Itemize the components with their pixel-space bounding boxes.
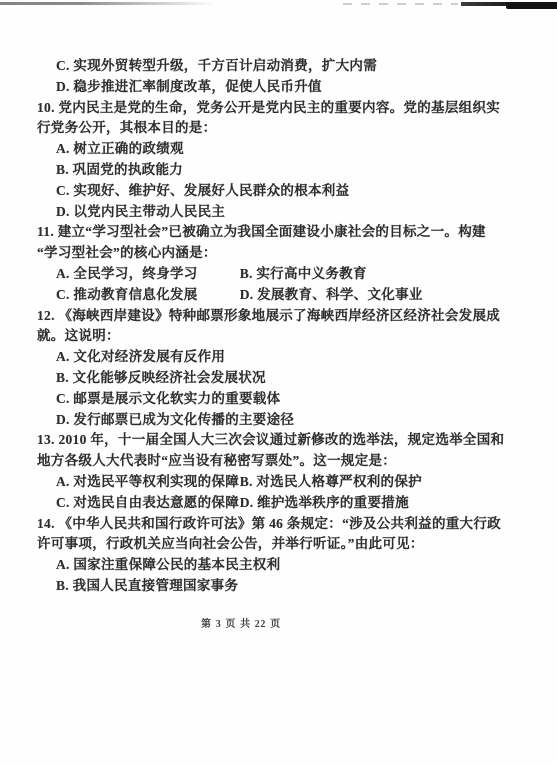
- q12-stem-line1: 12. 《海峡西岸建设》特种邮票形象地展示了海峡西岸经济区经济社会发展成: [37, 306, 519, 327]
- q13-stem-line1: 13. 2010 年，十一届全国人大三次会议通过新修改的选举法，规定选举全国和: [37, 430, 519, 451]
- q12-option-a: A. 文化对经济发展有反作用: [37, 347, 519, 368]
- scan-artifact-top-middle: [343, 3, 458, 5]
- q11-option-b: B. 实行高中义务教育: [240, 266, 367, 281]
- scan-artifact-top-right-blob: [506, 2, 557, 9]
- q13-options-row-ab: A. 对选民平等权利实现的保障 B. 对选民人格尊严权利的保护: [37, 472, 519, 493]
- q10-option-b: B. 巩固党的执政能力: [37, 160, 519, 181]
- q10-stem-line1: 10. 党内民主是党的生命，党务公开是党内民主的重要内容。党的基层组织实: [37, 98, 519, 119]
- q10-stem-line2: 行党务公开，其根本目的是：: [37, 118, 519, 139]
- q11-option-c: C. 推动教育信息化发展: [56, 285, 236, 306]
- q13-stem-line2: 地方各级人大代表时“应当设有秘密写票处”。这一规定是：: [37, 451, 519, 472]
- q14-option-b: B. 我国人民直接管理国家事务: [37, 576, 519, 597]
- q13-option-c: C. 对选民自由表达意愿的保障: [56, 493, 236, 514]
- q14-stem-line2: 许可事项，行政机关应当向社会公告，并举行听证。”由此可见：: [37, 534, 519, 555]
- q13-options-row-cd: C. 对选民自由表达意愿的保障 D. 维护选举秩序的重要措施: [37, 493, 519, 514]
- q11-options-row-ab: A. 全民学习，终身学习 B. 实行高中义务教育: [37, 264, 519, 285]
- q9-option-d: D. 稳步推进汇率制度改革，促使人民币升值: [37, 77, 519, 98]
- scan-artifact-top-left: [0, 2, 215, 5]
- scan-artifact-top-right: [461, 2, 557, 6]
- q10-option-d: D. 以党内民主带动人民民主: [37, 202, 519, 223]
- q13-option-d: D. 维护选举秩序的重要措施: [240, 495, 409, 510]
- q12-stem-line2: 就。这说明：: [37, 326, 519, 347]
- q11-stem-line2: “学习型社会”的核心内涵是：: [37, 243, 519, 264]
- q10-option-c: C. 实现好、维护好、发展好人民群众的根本利益: [37, 181, 519, 202]
- q10-option-a: A. 树立正确的政绩观: [37, 139, 519, 160]
- q14-option-a: A. 国家注重保障公民的基本民主权利: [37, 555, 519, 576]
- scanned-exam-page: C. 实现外贸转型升级，千方百计启动消费，扩大内需 D. 稳步推进汇率制度改革，…: [0, 0, 557, 765]
- page-footer: 第 3 页 共 22 页: [201, 615, 281, 630]
- q11-options-row-cd: C. 推动教育信息化发展 D. 发展教育、科学、文化事业: [37, 285, 519, 306]
- exam-content: C. 实现外贸转型升级，千方百计启动消费，扩大内需 D. 稳步推进汇率制度改革，…: [37, 56, 519, 597]
- q12-option-b: B. 文化能够反映经济社会发展状况: [37, 368, 519, 389]
- q11-option-d: D. 发展教育、科学、文化事业: [240, 287, 423, 302]
- q14-stem-line1: 14. 《中华人民共和国行政许可法》第 46 条规定：“涉及公共利益的重大行政: [37, 514, 519, 535]
- q12-option-d: D. 发行邮票已成为文化传播的主要途径: [37, 410, 519, 431]
- q11-option-a: A. 全民学习，终身学习: [56, 264, 236, 285]
- q13-option-b: B. 对选民人格尊严权利的保护: [240, 474, 422, 489]
- q9-option-c: C. 实现外贸转型升级，千方百计启动消费，扩大内需: [37, 56, 519, 77]
- q11-stem-line1: 11. 建立“学习型社会”已被确立为我国全面建设小康社会的目标之一。构建: [37, 222, 519, 243]
- q13-option-a: A. 对选民平等权利实现的保障: [56, 472, 236, 493]
- q12-option-c: C. 邮票是展示文化软实力的重要载体: [37, 389, 519, 410]
